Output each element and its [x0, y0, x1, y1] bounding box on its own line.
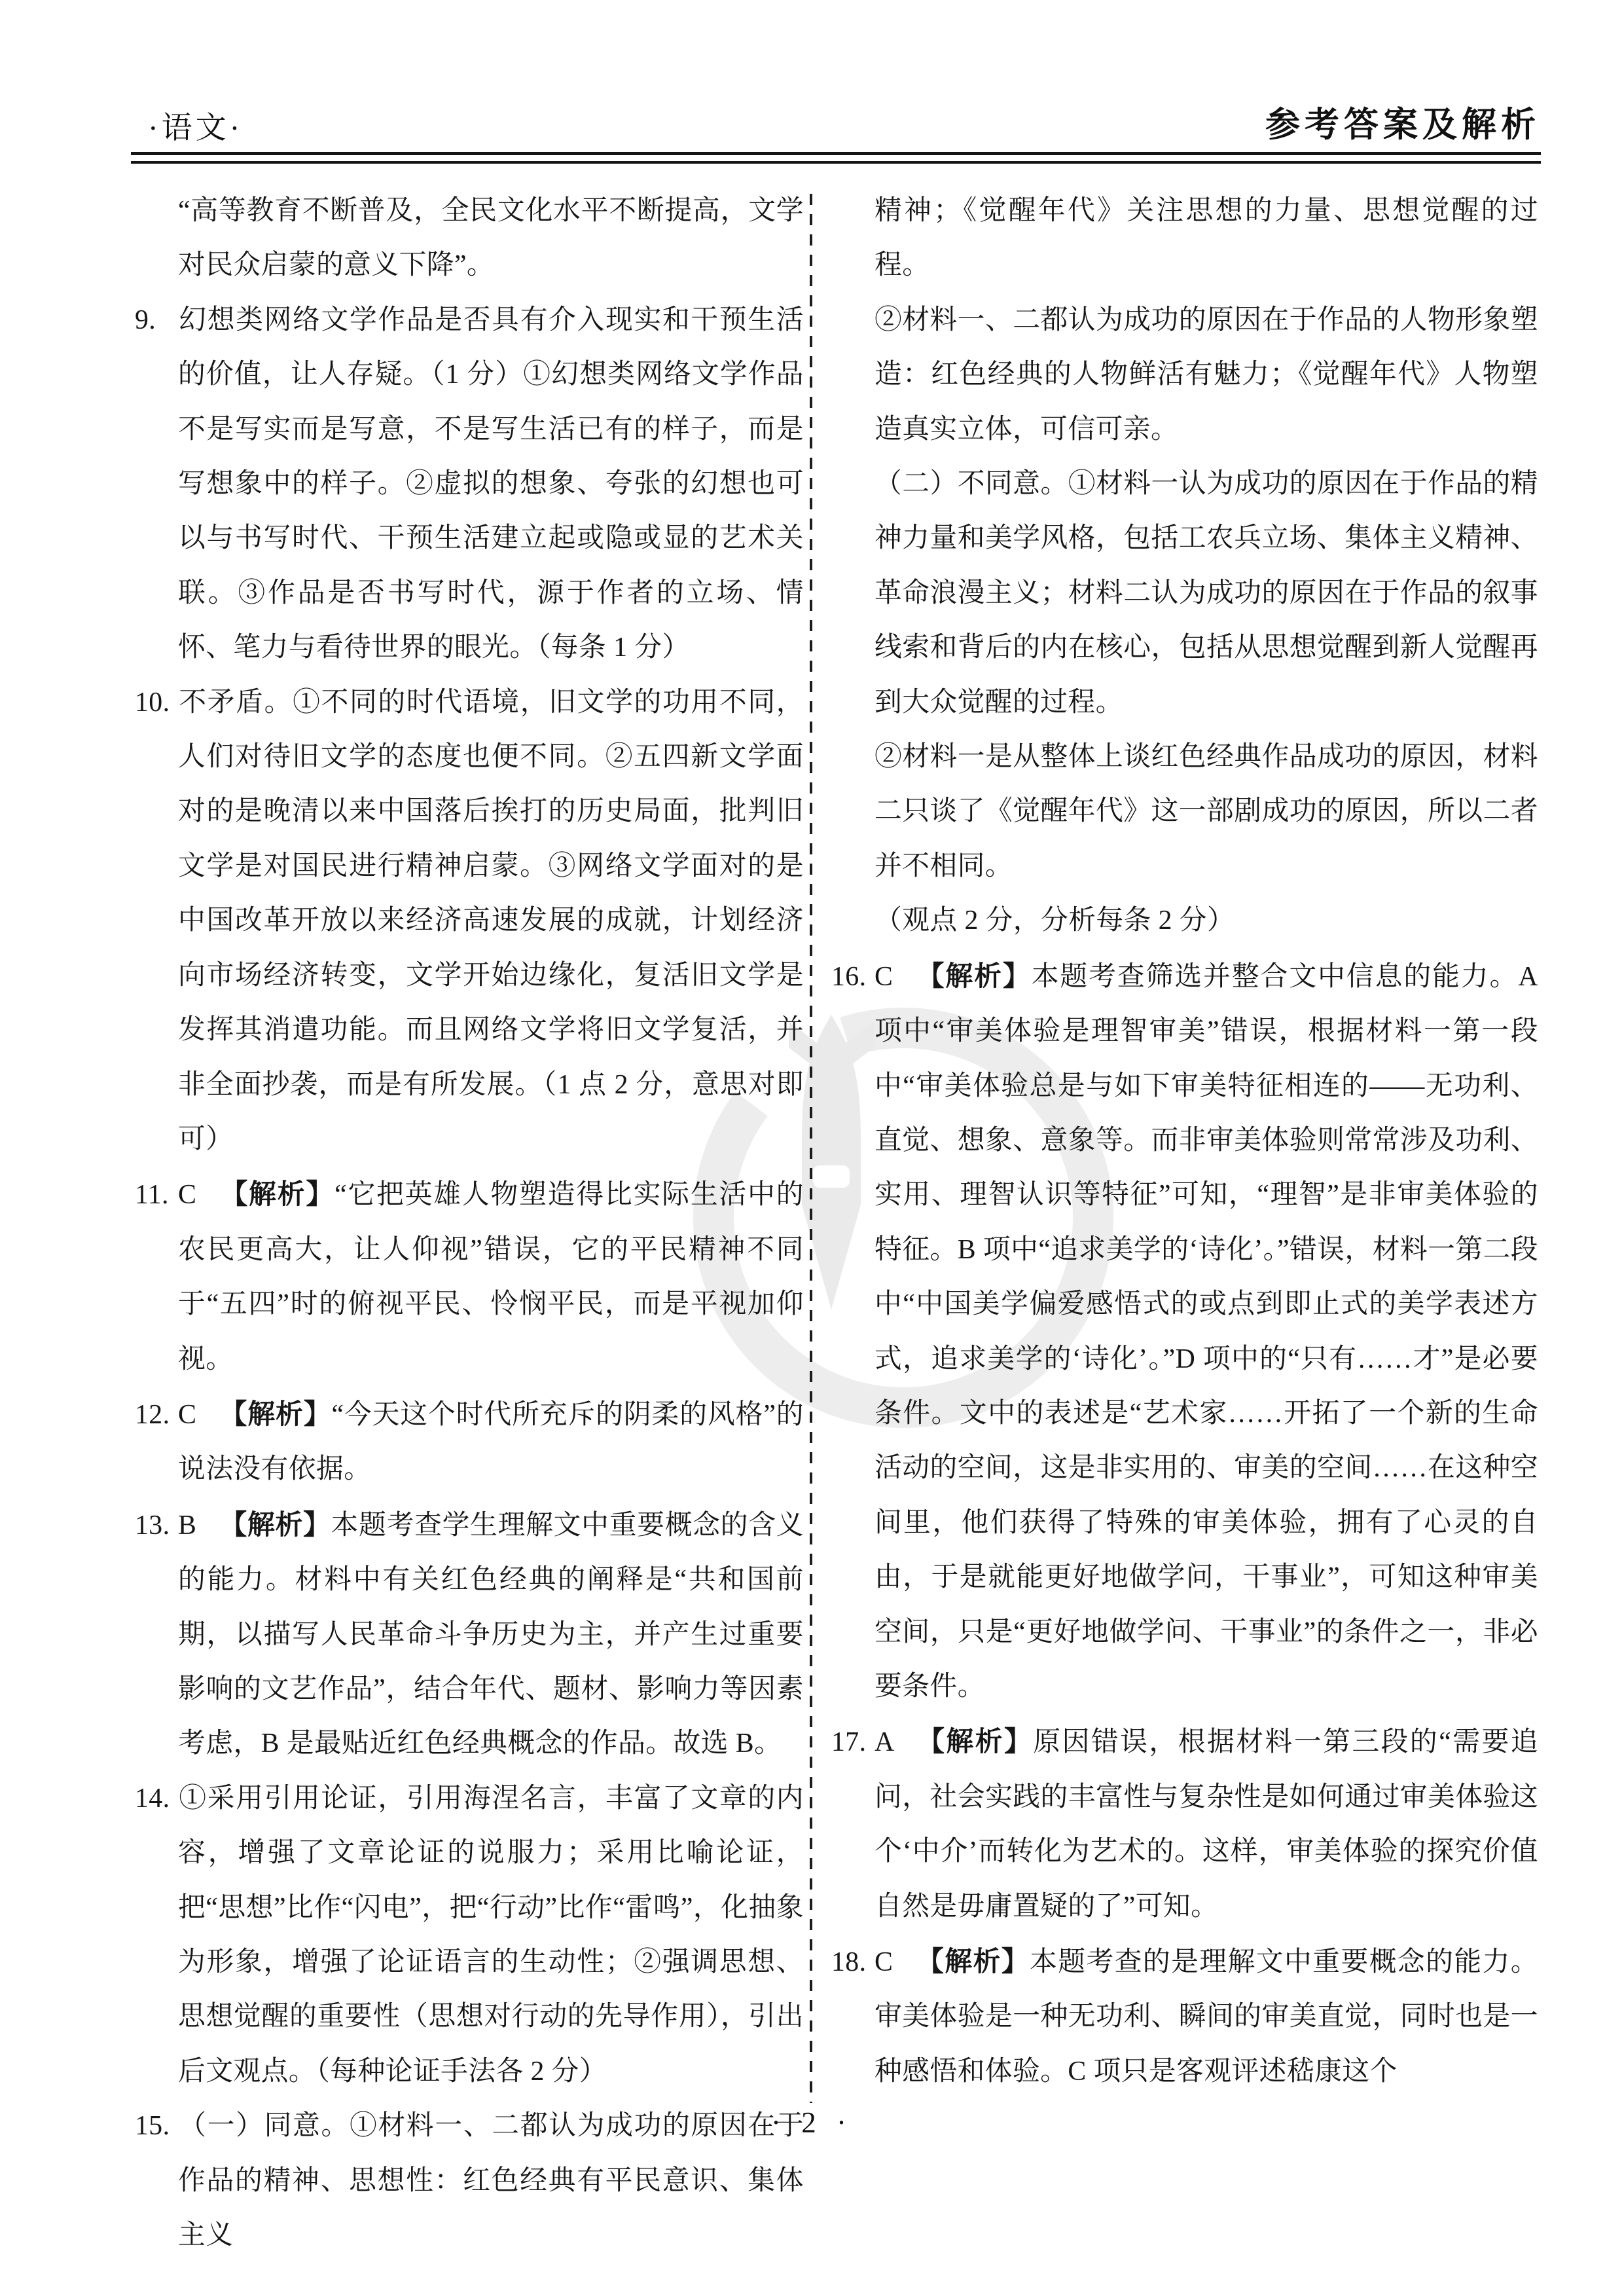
- page-number: · 2 ·: [0, 2106, 1624, 2140]
- subject-label: ·语文·: [148, 103, 243, 147]
- answer-letter: C: [178, 1400, 204, 1430]
- answer-item-13: 13.B 【解析】本题考查学生理解文中重要概念的含义的能力。材料中有关红色经典的…: [135, 1497, 804, 1772]
- item-number: 9.: [135, 293, 178, 348]
- answer-item-16: 16.C 【解析】本题考查筛选并整合文中信息的能力。A 项中“审美体验是理智审美…: [831, 949, 1538, 1715]
- item-text: ②材料一、二都认为成功的原因在于作品的人物形象塑造：红色经典的人物鲜活有魅力；《…: [875, 305, 1538, 445]
- analysis-label: 【解析】: [220, 1398, 332, 1429]
- item-text: ①采用引用论证，引用海涅名言，丰富了文章的内容，增强了文章论证的说服力；采用比喻…: [178, 1783, 804, 2087]
- item-number: 11.: [135, 1168, 178, 1222]
- answer-letter: C: [875, 1947, 901, 1977]
- answer-sheet-page: ·语文· 参考答案及解析 “高等教育不断普及，全民文化水平不断提高，文学对民众启…: [0, 0, 1624, 2283]
- answer-letter: B: [178, 1510, 204, 1541]
- item-number: 10.: [135, 676, 178, 730]
- item-text: “高等教育不断普及，全民文化水平不断提高，文学对民众启蒙的意义下降”。: [178, 196, 804, 280]
- analysis-label: 【解析】: [917, 1726, 1033, 1757]
- column-divider-dashed-line: [810, 194, 812, 2103]
- item-text: 不矛盾。①不同的时代语境，旧文学的功用不同，人们对待旧文学的态度也便不同。②五四…: [178, 687, 804, 1154]
- item-number: 13.: [135, 1499, 178, 1553]
- answer-item-14: 14.①采用引用论证，引用海涅名言，丰富了文章的内容，增强了文章论证的说服力；采…: [135, 1772, 804, 2099]
- answer-letter: A: [875, 1727, 901, 1757]
- analysis-label: 【解析】: [916, 1946, 1030, 1977]
- item-text: ②材料一是从整体上谈红色经典作品成功的原因，材料二只谈了《觉醒年代》这一部剧成功…: [875, 742, 1538, 881]
- answer-item-15-disagree: （二）不同意。①材料一认为成功的原因在于作品的精神力量和美学风格，包括工农兵立场…: [831, 457, 1538, 730]
- item-text: 本题考查筛选并整合文中信息的能力。A 项中“审美体验是理智审美”错误，根据材料一…: [875, 962, 1538, 1702]
- item-number: 18.: [831, 1935, 875, 1990]
- item-text: 精神；《觉醒年代》关注思想的力量、思想觉醒的过程。: [875, 196, 1538, 280]
- item-text: 幻想类网络文学作品是否具有介入现实和干预生活的价值，让人存疑。（1 分）①幻想类…: [178, 305, 804, 663]
- answer-column-right: 精神；《觉醒年代》关注思想的力量、思想觉醒的过程。 ②材料一、二都认为成功的原因…: [831, 184, 1538, 2099]
- answer-item-17: 17.A 【解析】原因错误，根据材料一第三段的“需要追问，社会实践的丰富性与复杂…: [831, 1714, 1538, 1934]
- analysis-label: 【解析】: [917, 960, 1032, 991]
- item-text: 本题考查学生理解文中重要概念的含义的能力。材料中有关红色经典的阐释是“共和国前期…: [178, 1510, 804, 1759]
- answer-item-10: 10.不矛盾。①不同的时代语境，旧文学的功用不同，人们对待旧文学的态度也便不同。…: [135, 676, 804, 1167]
- item-number: 12.: [135, 1388, 178, 1442]
- page-title: 参考答案及解析: [1265, 97, 1540, 147]
- answer-letter: C: [178, 1180, 205, 1210]
- answer-item-9: 9.幻想类网络文学作品是否具有介入现实和干预生活的价值，让人存疑。（1 分）①幻…: [135, 293, 804, 676]
- answer-item-18: 18.C 【解析】本题考查的是理解文中重要概念的能力。审美体验是一种无功利、瞬间…: [831, 1934, 1538, 2099]
- item-number: 16.: [831, 950, 875, 1004]
- scoring-note: （观点 2 分，分析每条 2 分）: [831, 894, 1538, 948]
- item-number: 17.: [831, 1715, 875, 1770]
- answer-item-15-disagree-point2: ②材料一是从整体上谈红色经典作品成功的原因，材料二只谈了《觉醒年代》这一部剧成功…: [831, 730, 1538, 894]
- answer-column-left: “高等教育不断普及，全民文化水平不断提高，文学对民众启蒙的意义下降”。 9.幻想…: [135, 184, 804, 2263]
- item-text: （二）不同意。①材料一认为成功的原因在于作品的精神力量和美学风格，包括工农兵立场…: [875, 469, 1538, 718]
- item-number: 14.: [135, 1772, 178, 1826]
- answer-item-11: 11.C 【解析】“它把英雄人物塑造得比实际生活中的农民更高大，让人仰视”错误，…: [135, 1167, 804, 1387]
- header-double-rule: [131, 152, 1541, 164]
- analysis-label: 【解析】: [221, 1178, 335, 1209]
- answer-item-12: 12.C 【解析】“今天这个时代所充斥的阴柔的风格”的说法没有依据。: [135, 1387, 804, 1497]
- answer-item-15-point2: ②材料一、二都认为成功的原因在于作品的人物形象塑造：红色经典的人物鲜活有魅力；《…: [831, 293, 1538, 457]
- answer-continuation: 精神；《觉醒年代》关注思想的力量、思想觉醒的过程。: [831, 184, 1538, 293]
- analysis-label: 【解析】: [219, 1509, 331, 1540]
- answer-letter: C: [875, 962, 901, 992]
- answer-continuation: “高等教育不断普及，全民文化水平不断提高，文学对民众启蒙的意义下降”。: [135, 184, 804, 293]
- item-text: （观点 2 分，分析每条 2 分）: [875, 905, 1235, 936]
